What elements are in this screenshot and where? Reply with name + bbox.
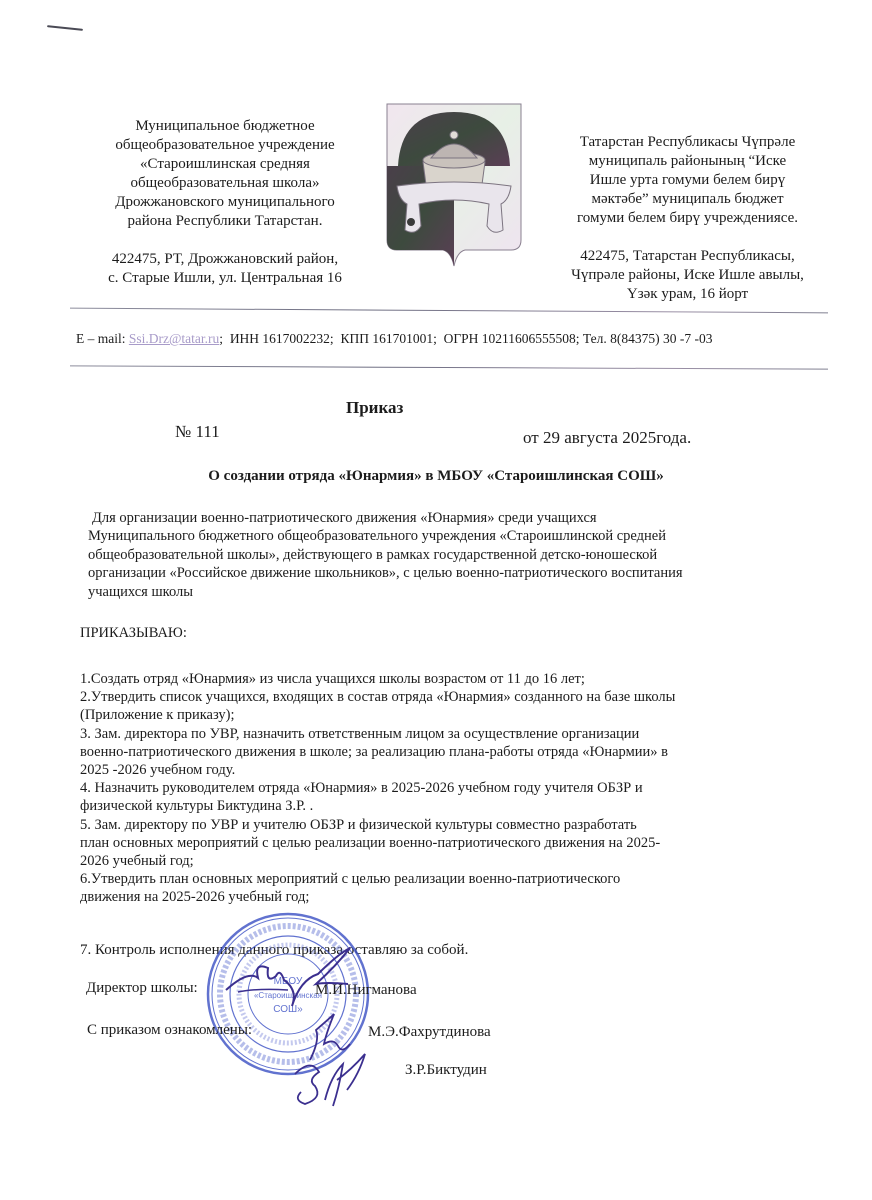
preamble-line: общеобразовательной школы», действующего… xyxy=(88,546,848,564)
order-date: от 29 августа 2025года. xyxy=(523,428,691,448)
preamble: Для организации военно-патриотического д… xyxy=(88,509,848,601)
svg-text:«Староишлинская: «Староишлинская xyxy=(254,991,322,1000)
acknowledged-name: З.Р.Биктудин xyxy=(405,1062,487,1079)
ogrn-value: ОГРН 10211606555508; xyxy=(444,331,580,346)
email-label: E – mail: xyxy=(76,331,126,346)
org-line: гомуми белем бирү учреждениясе. xyxy=(540,209,835,228)
order-number: № 111 xyxy=(175,422,220,442)
org-line: Татарстан Республикасы Чүпрәле xyxy=(540,133,835,152)
contacts-divider xyxy=(70,365,828,369)
org-line: Муниципальное бюджетное xyxy=(75,117,375,136)
signature-biktudin-icon xyxy=(285,1050,370,1110)
email-link[interactable]: Ssi.Drz@tatar.ru xyxy=(129,331,219,346)
preamble-line: Для организации военно-патриотического д… xyxy=(88,509,848,527)
svg-text:СОШ»: СОШ» xyxy=(273,1004,303,1015)
ordering-word: ПРИКАЗЫВАЮ: xyxy=(80,625,187,642)
contact-details: E – mail: Ssi.Drz@tatar.ru; ИНН 16170022… xyxy=(76,331,856,347)
order-item: 6.Утвердить план основных мероприятий с … xyxy=(80,870,850,888)
order-item: 4. Назначить руководителем отряда «Юнарм… xyxy=(80,779,850,797)
acknowledged-label: С приказом ознакомлены: xyxy=(87,1022,252,1039)
letterhead-right: Татарстан Республикасы Чүпрәле муниципал… xyxy=(540,133,835,304)
phone-value: Тел. 8(84375) 30 -7 -03 xyxy=(583,331,713,346)
order-item: военно-патриотического движения в школе;… xyxy=(80,743,850,761)
svg-text:МБОУ: МБОУ xyxy=(274,976,303,987)
org-line: района Республики Татарстан. xyxy=(75,212,375,231)
address-line: 422475, Татарстан Республикасы, xyxy=(540,247,835,266)
director-name: М.И.Нигманова xyxy=(315,982,417,999)
director-label: Директор школы: xyxy=(86,980,198,997)
order-item: физической культуры Биктудина З.Р. . xyxy=(80,797,850,815)
address-line: 422475, РТ, Дрожжановский район, xyxy=(75,250,375,269)
address-line: с. Старые Ишли, ул. Центральная 16 xyxy=(75,269,375,288)
inn-value: ИНН 1617002232; xyxy=(230,331,334,346)
stray-pen-mark xyxy=(47,25,83,31)
preamble-line: Муниципального бюджетного общеобразовате… xyxy=(88,527,848,545)
order-item: 5. Зам. директору по УВР и учителю ОБЗР … xyxy=(80,816,850,834)
order-item: движения на 2025-2026 учебный год; xyxy=(80,888,850,906)
org-line: мәктәбе” муниципаль бюджет xyxy=(540,190,835,209)
order-item: 2025 -2026 учебном году. xyxy=(80,761,850,779)
order-title: Приказ xyxy=(346,398,403,418)
order-items: 1.Создать отряд «Юнармия» из числа учащи… xyxy=(80,670,850,907)
org-line: общеобразовательная школа» xyxy=(75,174,375,193)
org-name-ru: Муниципальное бюджетное общеобразователь… xyxy=(75,117,375,231)
order-item: 3. Зам. директора по УВР, назначить отве… xyxy=(80,725,850,743)
order-item: 1.Создать отряд «Юнармия» из числа учащи… xyxy=(80,670,850,688)
letterhead-left: Муниципальное бюджетное общеобразователь… xyxy=(75,117,375,288)
preamble-line: организации «Российское движение школьни… xyxy=(88,564,848,582)
address-line: Үзәк урам, 16 йорт xyxy=(540,285,835,304)
preamble-line: учащихся школы xyxy=(88,583,848,601)
order-item: 2.Утвердить список учащихся, входящих в … xyxy=(80,688,850,706)
acknowledged-name: М.Э.Фахрутдинова xyxy=(368,1024,491,1041)
org-name-tt: Татарстан Республикасы Чүпрәле муниципал… xyxy=(540,133,835,228)
kpp-value: КПП 161701001; xyxy=(340,331,436,346)
org-line: «Староишлинская средняя xyxy=(75,155,375,174)
org-line: муниципаль районының “Иске xyxy=(540,152,835,171)
order-subject: О создании отряда «Юнармия» в МБОУ «Стар… xyxy=(0,468,872,485)
signature-fakhrutdinova-icon xyxy=(290,1010,360,1065)
header-divider xyxy=(70,308,828,314)
org-line: Ишле урта гомуми белем бирү xyxy=(540,171,835,190)
coat-of-arms-icon xyxy=(381,100,527,270)
order-item: 2026 учебный год; xyxy=(80,852,850,870)
order-item: план основных мероприятий с целью реализ… xyxy=(80,834,850,852)
order-item: (Приложение к приказу); xyxy=(80,706,850,724)
address-ru: 422475, РТ, Дрожжановский район, с. Стар… xyxy=(75,250,375,288)
org-line: общеобразовательное учреждение xyxy=(75,136,375,155)
address-tt: 422475, Татарстан Республикасы, Чүпрәле … xyxy=(540,247,835,304)
org-line: Дрожжановского муниципального xyxy=(75,193,375,212)
address-line: Чүпрәле районы, Иске Ишле авылы, xyxy=(540,266,835,285)
control-clause: 7. Контроль исполнения данного приказа о… xyxy=(80,942,468,959)
